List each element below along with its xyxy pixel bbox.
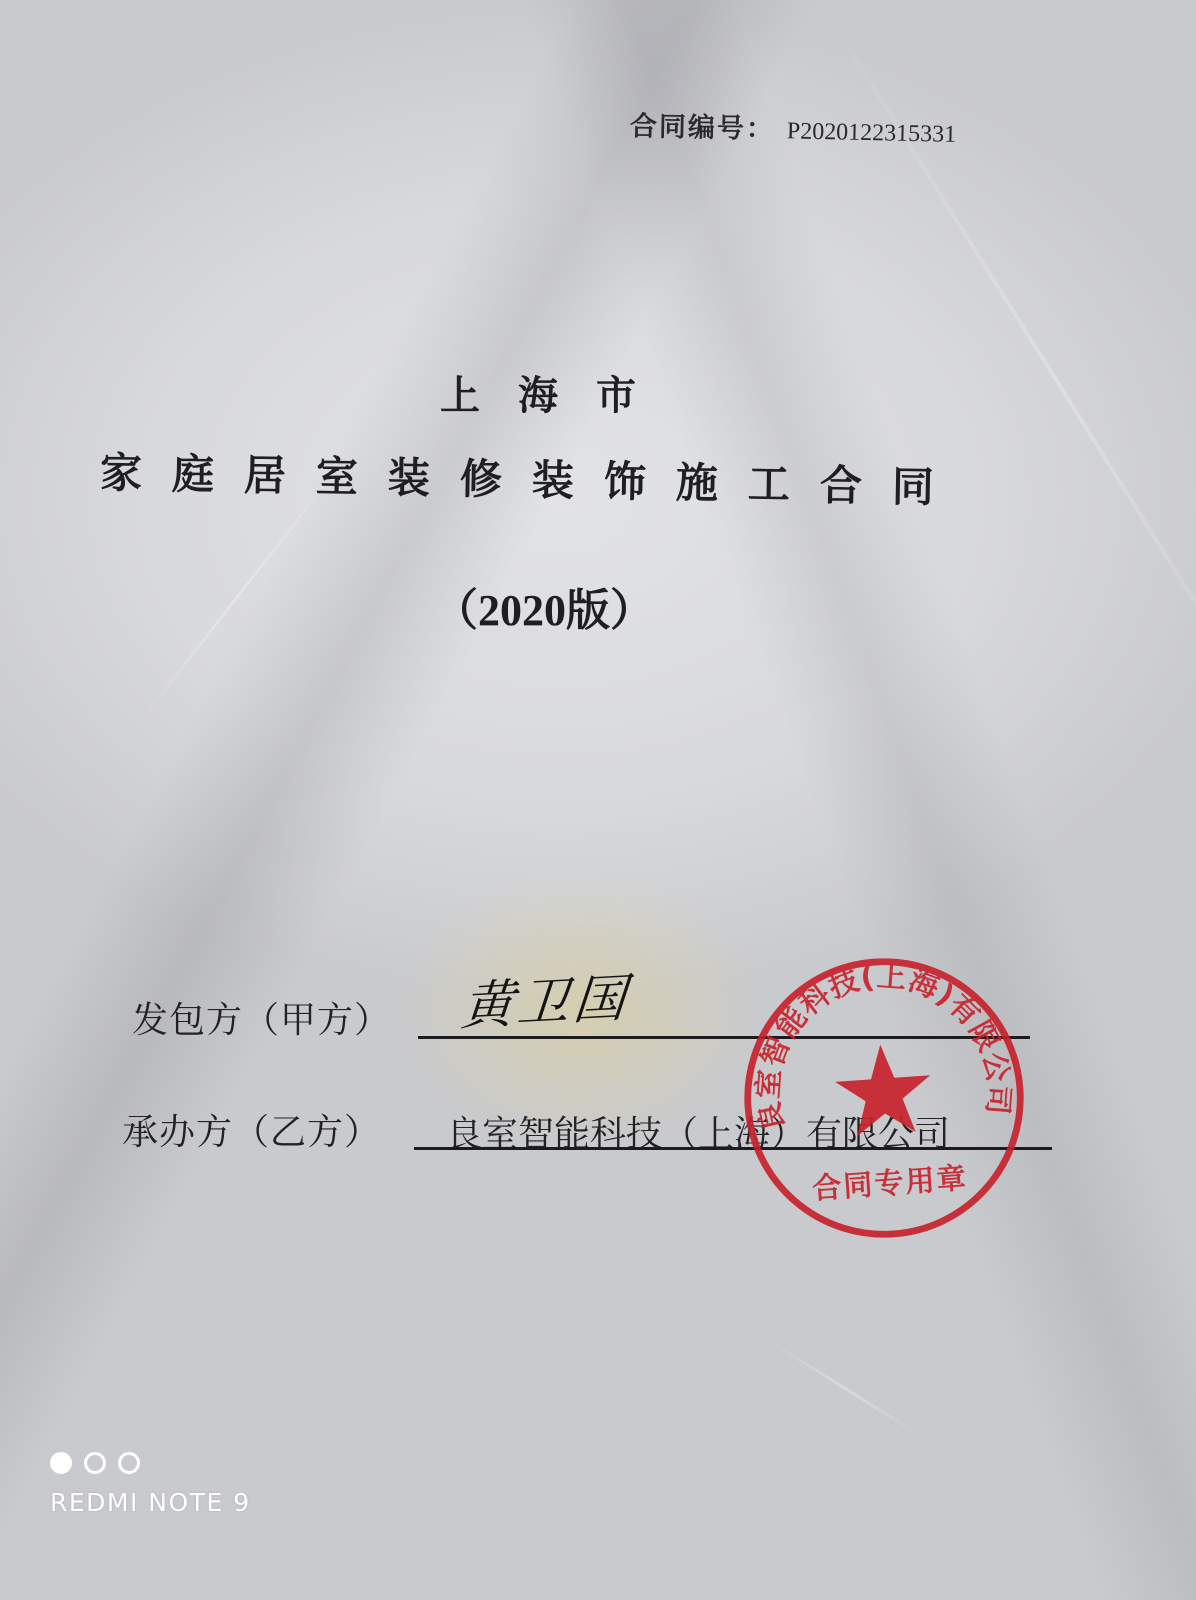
device-name: REDMI NOTE 9 [50,1488,251,1517]
contract-number-label: 合同编号： [630,111,776,145]
party-a-row: 发包方（甲方） [132,992,391,1043]
title-edition: （2020版） [434,574,654,638]
party-a-signature: 黄卫国 [459,955,633,1039]
dot-outline-icon [84,1452,106,1474]
paper-background [0,0,1196,1600]
dot-filled-icon [50,1452,72,1474]
star-icon [833,1041,934,1137]
party-a-label: 发包方（甲方） [132,1000,391,1041]
contract-number-value: P2020122315331 [787,118,957,148]
party-b-label: 承办方（乙方） [122,1112,381,1153]
camera-watermark: REDMI NOTE 9 [50,1452,251,1517]
title-city: 上海市 [440,364,674,421]
seal-bottom-text: 合同专用章 [811,1161,969,1206]
party-b-row: 承办方（乙方） [122,1104,381,1155]
dot-outline-icon [118,1452,140,1474]
contract-number: 合同编号：P2020122315331 [630,104,957,150]
watermark-dots [50,1452,251,1474]
company-seal: 良室智能科技(上海)有限公司 合同专用章 [728,942,1040,1254]
